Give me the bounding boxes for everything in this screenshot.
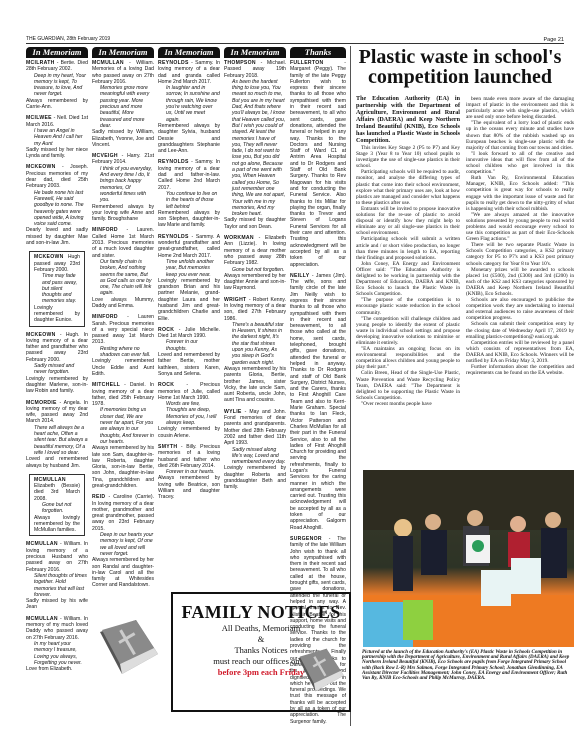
memoriam-column-2: In Memoriam MCMULLAN - William. Memories… xyxy=(92,47,154,594)
notice-signature: Love from Elizabeth. xyxy=(26,666,88,672)
notice-name: MCKEOWN xyxy=(26,164,56,170)
notice-name: REID xyxy=(92,494,105,500)
notice-name: SURGENOR xyxy=(290,536,322,542)
notice-verse: Sadly missed and never forgotten. xyxy=(26,363,88,376)
section-tab: In Memoriam xyxy=(26,47,88,58)
notice-signature: Lovingly remembered by daughter Eunice. xyxy=(34,305,80,324)
notice-verse: Deep in our hearts your memory is kept, … xyxy=(92,532,154,557)
notice-entry: WORKMAN - Elizabeth Ann (Lizzie). In lov… xyxy=(224,235,286,292)
notice-name: MCMORDIE xyxy=(26,400,57,406)
notice-entry: MITCHELL - Daniel. In loving memory of a… xyxy=(92,382,154,489)
page-header: THE GUARDIAN, 28th February 2019 Page 21 xyxy=(26,34,564,44)
article-paragraph: "The equivalent of a lorry load of plast… xyxy=(466,120,574,150)
notice-verse: Forever in our thoughts. xyxy=(158,339,220,352)
notice-name: REYNOLDS xyxy=(158,159,189,165)
article-left-column: The Education Authority (EA) in partners… xyxy=(356,96,460,407)
notice-body: - Caroline (Carrie). In loving memory of… xyxy=(92,494,154,531)
article-paragraph: "The purpose of the competition is to en… xyxy=(356,297,460,315)
notice-signature: Always remembered by his parents Gloria,… xyxy=(224,366,286,404)
memoriam-column-4: In Memoriam THOMPSON - Michael. Passed a… xyxy=(224,47,286,496)
notice-signature: Always lovingly remembered by the McMull… xyxy=(34,515,80,534)
notice-entry: MCVEIGH - Harry. 21st February 2014.I th… xyxy=(92,153,154,222)
notice-body: - May and John. Fond memories of dear pa… xyxy=(224,409,286,446)
notice-verse: You continue to live on in the hearts of… xyxy=(158,191,220,210)
page-number: Page 21 xyxy=(544,37,565,43)
notice-verse: Time unfolds another year, But memories … xyxy=(158,259,220,278)
notice-text: MCMORDIE - Angela. In loving memory of m… xyxy=(26,400,88,425)
notice-name: THOMPSON xyxy=(224,60,256,66)
notice-signature: Dearly loved and sadly missed by daughte… xyxy=(26,227,88,246)
notice-text: MITCHELL - Daniel. In loving memory of a… xyxy=(92,382,154,407)
notice-signature: Sadly missed by her niece Lynda and fami… xyxy=(26,147,88,160)
notice-verse: Words are few, Thoughts are deep, Memori… xyxy=(158,401,220,426)
notice-entry: MINFORD - Lauren Sarah. Precious memorie… xyxy=(92,314,154,377)
photo-caption: Pictured at the launch of the Education … xyxy=(362,650,574,681)
notice-name: WYLIE xyxy=(224,409,242,415)
notice-text: MCKEOWN - Joseph. Precious memories of m… xyxy=(26,164,88,189)
article-paragraph: Participating schools will be required t… xyxy=(356,169,460,206)
article-paragraph: Monetary prizes will be awarded to schoo… xyxy=(466,267,574,297)
notice-verse: There will always be a heart ache, Often… xyxy=(26,425,88,456)
notice-name: MINFORD xyxy=(92,314,118,320)
notice-signature: Remembered always by daughter Sylvia, hu… xyxy=(158,123,220,154)
notice-signature: Always remembered by her daughter Annie … xyxy=(224,273,286,292)
notice-text: MCILRATH - Bertie. Died 28th February 20… xyxy=(26,60,88,73)
notice-entry: REYNOLDS - Sammy. In loving memory of a … xyxy=(158,159,220,228)
thanks-text: FULLERTON - Margaret (Peggy). The family… xyxy=(290,60,346,268)
notice-name: SMYTH xyxy=(158,444,177,450)
article-paragraph: Ruth Van Ry, Environmental Education Man… xyxy=(466,175,574,212)
section-tab: In Memoriam xyxy=(158,47,220,58)
notice-entry: THOMPSON - Michael. Passed away 19th Feb… xyxy=(224,60,286,230)
notice-text: WYLIE - May and John. Fond memories of d… xyxy=(224,409,286,447)
notice-signature: Loved and remembered by father Bertie, m… xyxy=(158,352,220,377)
notice-entry: FULLERTON - Margaret (Peggy). The family… xyxy=(290,60,346,268)
notice-entry: WYLIE - May and John. Fond memories of d… xyxy=(224,409,286,491)
article-paragraph: This invites Key Stage 2 (P5 to P7) and … xyxy=(356,145,460,169)
family-notices-title: FAMILY NOTICES xyxy=(173,602,349,623)
notice-name: REYNOLDS xyxy=(158,234,189,240)
notice-signature: Lovingly remembered by daughter Roberta … xyxy=(224,465,286,490)
notice-text: THOMPSON - Michael. Passed away 19th Feb… xyxy=(224,60,286,79)
article-paragraph: "We are always amazed at the innovative … xyxy=(466,212,574,242)
notice-text: MCVEIGH - Harry. 21st February 2014. xyxy=(92,153,154,166)
notice-entry: MCMULLAN - William. Memories of a loving… xyxy=(92,60,154,148)
article-paragraph: Colin Breen, Head of the Single-Use Plas… xyxy=(356,370,460,400)
notice-text: ROCK - Precious memories of Julie, calle… xyxy=(158,382,220,401)
notice-entry: REYNOLDS - Sammy. In loving memory of a … xyxy=(158,60,220,154)
notice-verse: As been the hardest thing to lose you, Y… xyxy=(224,79,286,218)
notice-entry: REYNOLDS - Sammy. A wonderful grandfathe… xyxy=(158,234,220,322)
notice-name: WRIGHT xyxy=(224,297,246,303)
article-paragraph: Competition entries will be reviewed by … xyxy=(466,340,574,364)
notice-entry: ROCK - Julie Michelle. Died 1st March 19… xyxy=(158,327,220,377)
notice-text: REYNOLDS - Sammy. A wonderful grandfathe… xyxy=(158,234,220,259)
notice-signature: Always remembered by Carrie-Ann. xyxy=(26,98,88,111)
notice-signature: Sadly missed by daughter Taylor and son … xyxy=(224,217,286,230)
article-photo xyxy=(363,470,574,647)
notice-signature: Lovingly remembered by cousin Arlene. xyxy=(158,426,220,439)
notice-signature: Lovingly remembered Uncle Eddie and Aunt… xyxy=(92,358,154,377)
notice-signature: Remembered always by son Stephen, daught… xyxy=(158,210,220,229)
notice-verse: Deep in my heart, Your memory is kept, T… xyxy=(26,73,88,98)
thanks-text: NEILLY - James (Jim). The wife, sons and… xyxy=(290,273,346,531)
notice-text: MCILWEE - Nell. Died 1st March 2016. xyxy=(26,115,88,128)
notice-verse: Gone but not forgotten. xyxy=(34,502,80,515)
publication-date: THE GUARDIAN, 28th February 2019 xyxy=(26,36,110,42)
notice-entry: WRIGHT - Robert Kenny. In loving memory … xyxy=(224,297,286,404)
notice-signature: Remembered always by your loving wife An… xyxy=(92,204,154,223)
notice-text: ROCK - Julie Michelle. Died 1st March 19… xyxy=(158,327,220,340)
notice-text: MCMULLAN - William. Memories of a loving… xyxy=(92,60,154,85)
notice-text: MCMULLAN Elizabeth (Bessie) died 3rd Mar… xyxy=(34,477,80,502)
article-paragraph: Schools are also encouraged to publicise… xyxy=(466,297,574,321)
notice-text: WORKMAN - Elizabeth Ann (Lizzie). In lov… xyxy=(224,235,286,266)
notice-verse: Silent thoughts of times together. Hold … xyxy=(26,573,88,598)
notice-signature: Loved and remembered always by husband J… xyxy=(26,456,88,469)
article-lead: The Education Authority (EA) in partners… xyxy=(356,96,460,145)
article-paragraph: "Over recent months people have xyxy=(356,401,460,407)
notice-text: WRIGHT - Robert Kenny. In loving memory … xyxy=(224,297,286,322)
notice-verse: In laughter and in sorrow, In sunshine a… xyxy=(158,85,220,123)
notice-verse: In my heart your memory I treasure, Lovi… xyxy=(26,641,88,666)
notice-verse: He bade none his last Farewell, He said … xyxy=(26,190,88,228)
article-paragraph: "EA maintains an ongoing focus on its en… xyxy=(356,346,460,370)
notice-name: ROCK xyxy=(158,327,174,333)
notice-name: MCKEOWN xyxy=(26,332,56,338)
notice-verse: Our family chain is broken, And nothing … xyxy=(92,259,154,297)
article-right-column: been made even more aware of the damagin… xyxy=(466,96,574,376)
notice-entry: MCILRATH - Bertie. Died 28th February 20… xyxy=(26,60,88,110)
article-paragraph: There will be two separate Plastic Waste… xyxy=(466,242,574,266)
section-tab: In Memoriam xyxy=(224,47,286,58)
notice-verse: I have an Angel in Heaven And I call her… xyxy=(26,128,88,147)
notice-verse: Gone but not forgotten. xyxy=(224,267,286,273)
notice-name: MCILRATH xyxy=(26,60,55,66)
notice-name: MCILWEE xyxy=(26,115,52,121)
notice-signature: Always remembered by loving wife Beatric… xyxy=(158,475,220,500)
notice-verse: There's a beautiful star in Heaven, It s… xyxy=(224,322,286,366)
notice-text: SMYTH - Billy. Precious memories of a lo… xyxy=(158,444,220,469)
section-tab: In Memoriam xyxy=(92,47,154,58)
notice-text: REID - Caroline (Carrie). In loving memo… xyxy=(92,494,154,532)
notice-entry: MCKEOWN Hugh passed away 23rd February 2… xyxy=(29,251,85,326)
notice-name: ROCK xyxy=(158,382,174,388)
notice-text: MCMULLAN - William. In loving memory of … xyxy=(26,541,88,572)
notice-signature: Lovingly remembered by grandson Brian an… xyxy=(158,278,220,322)
notice-name: REYNOLDS xyxy=(158,60,189,66)
notice-name: FULLERTON xyxy=(290,60,323,66)
notice-text: MINFORD - Lauren. Called Home 1st March … xyxy=(92,227,154,258)
notice-text: REYNOLDS - Sammy. In loving memory of a … xyxy=(158,159,220,190)
notice-signature: Love always Mummy, Daddy and Emma. xyxy=(92,297,154,310)
notice-body: - James (Jim). The wife, sons and family… xyxy=(290,273,346,531)
notice-body: Elizabeth (Bessie) died 3rd March 2008. xyxy=(34,483,80,502)
notice-entry: MCMULLAN - William. In memory of my much… xyxy=(26,616,88,673)
notice-text: MCKEOWN Hugh passed away 23rd February 2… xyxy=(34,254,80,273)
notice-name: MCMULLAN xyxy=(34,477,66,483)
article-headline: Plastic waste in school's competition la… xyxy=(350,47,570,87)
notice-signature: Sadly missed by William, Elizabeth, Yvon… xyxy=(92,129,154,148)
notice-name: MCMULLAN xyxy=(26,616,58,622)
article-paragraph: Further information about the competitio… xyxy=(466,364,574,376)
notice-entry: MCKEOWN - Joseph. Precious memories of m… xyxy=(26,164,88,246)
article-paragraph: John Coney, EA Energy and Environment Of… xyxy=(356,261,460,298)
notice-entry: REID - Caroline (Carrie). In loving memo… xyxy=(92,494,154,588)
notice-verse: Sadly missed along life's way, Loved and… xyxy=(224,447,286,466)
notice-name: MCMULLAN xyxy=(26,541,58,547)
notice-name: WORKMAN xyxy=(224,235,254,241)
notice-verse: If memories bring us closer dad, We are … xyxy=(92,407,154,445)
article-paragraph: Entrants will be invited to propose inno… xyxy=(356,206,460,236)
notice-entry: SMYTH - Billy. Precious memories of a lo… xyxy=(158,444,220,501)
notice-entry: MINFORD - Lauren. Called Home 1st March … xyxy=(92,227,154,309)
notice-text: MCKEOWN - Hugh. In loving memory of a de… xyxy=(26,332,88,363)
bible-icon xyxy=(295,640,347,700)
notice-name: MINFORD xyxy=(92,227,118,233)
notice-entry: MCMULLAN - William. In loving memory of … xyxy=(26,541,88,610)
notice-text: MCMULLAN - William. In memory of my much… xyxy=(26,616,88,641)
notice-entry: MCILWEE - Nell. Died 1st March 2016.I ha… xyxy=(26,115,88,159)
notice-text: REYNOLDS - Sammy. In loving memory of a … xyxy=(158,60,220,85)
article-paragraph: "The competition will challenge children… xyxy=(356,316,460,346)
notice-entry: NEILLY - James (Jim). The wife, sons and… xyxy=(290,273,346,531)
notice-name: NEILLY xyxy=(290,273,309,279)
notice-verse: Resting where no shadows can ever fall. xyxy=(92,346,154,359)
notice-name: MCMULLAN xyxy=(92,60,124,66)
notice-entry: MCMULLAN Elizabeth (Bessie) died 3rd Mar… xyxy=(29,474,85,537)
notice-signature: Sadly missed by his wife Jean xyxy=(26,598,88,611)
notice-line: All Deaths, Memoriam xyxy=(173,623,349,634)
notice-entry: MCKEOWN - Hugh. In loving memory of a de… xyxy=(26,332,88,395)
memoriam-column-3: In Memoriam REYNOLDS - Sammy. In loving … xyxy=(158,47,220,506)
notice-body: - Margaret (Peggy). The family of the la… xyxy=(290,60,346,268)
notice-verse: Time may fade and pass away, but silent … xyxy=(34,273,80,304)
article-paragraph: been made even more aware of the damagin… xyxy=(466,96,574,120)
notice-text: MINFORD - Lauren Sarah. Precious memorie… xyxy=(92,314,154,345)
article-paragraph: "I look forward to all of the creative a… xyxy=(466,151,574,175)
notice-name: MCKEOWN xyxy=(34,254,64,260)
article-paragraph: Schools can submit their competition ent… xyxy=(466,321,574,339)
notice-name: MITCHELL xyxy=(92,382,120,388)
notice-name: MCVEIGH xyxy=(92,153,118,159)
notice-entry: MCMORDIE - Angela. In loving memory of m… xyxy=(26,400,88,469)
notice-signature: Lovingly remembered by daughter Marlene,… xyxy=(26,376,88,395)
notice-signature: Always remembered by her son Randal and … xyxy=(92,557,154,588)
notice-verse: Memories grow more meaningful with every… xyxy=(92,85,154,129)
bible-icon xyxy=(96,618,162,676)
section-tab: Thanks xyxy=(290,47,346,58)
notice-entry: ROCK - Precious memories of Julie, calle… xyxy=(158,382,220,439)
notice-signature: Always remembered by his late son Sam, d… xyxy=(92,445,154,489)
memoriam-column-1: In Memoriam MCILRATH - Bertie. Died 28th… xyxy=(26,47,88,677)
notice-verse: I think of you everyday, And every time … xyxy=(92,166,154,204)
article-paragraph: Participating schools will submit a writ… xyxy=(356,236,460,260)
